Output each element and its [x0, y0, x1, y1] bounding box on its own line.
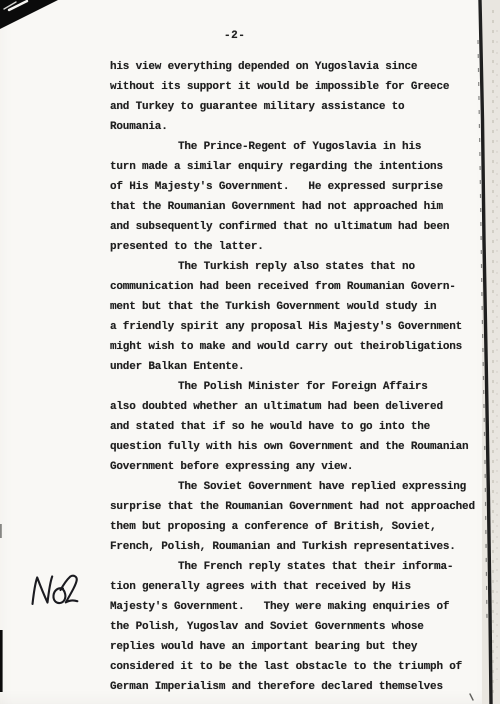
text-line: The Polish Minister for Foreign Affairs [110, 377, 490, 397]
text-line: surprise that the Roumanian Government h… [110, 497, 490, 517]
text-line: turn made a similar enquiry regarding th… [110, 157, 490, 177]
text-line: Government before expressing any view. [110, 457, 490, 477]
text-line: replies would have an important bearing … [110, 637, 490, 657]
text-line: and subsequently confirmed that no ultim… [110, 217, 490, 237]
text-line: and Turkey to guarantee military assista… [110, 97, 490, 117]
text-line: a friendly spirit any proposal His Majes… [110, 317, 490, 337]
text-line: Roumania. [110, 117, 490, 137]
text-line: presented to the latter. [110, 237, 490, 257]
text-line: that the Roumanian Government had not ap… [110, 197, 490, 217]
text-line: of His Majesty's Government. He expresse… [110, 177, 490, 197]
scanned-document-page: -2- his view everything depended on Yugo… [0, 0, 500, 704]
text-line: them but proposing a conference of Briti… [110, 517, 490, 537]
text-line: might wish to make and would carry out t… [110, 337, 490, 357]
text-line: The Soviet Government have replied expre… [110, 477, 490, 497]
text-line: communication had been received from Rou… [110, 277, 490, 297]
handwritten-annotation [29, 571, 81, 609]
text-line: his view everything depended on Yugoslav… [110, 57, 490, 77]
text-line: The Turkish reply also states that no [110, 257, 490, 277]
text-line: tion generally agrees with that received… [110, 577, 490, 597]
page-edge-shadow-left [0, 630, 3, 692]
text-line: also doubted whether an ultimatum had be… [110, 397, 490, 417]
text-line: The French reply states that their infor… [110, 557, 490, 577]
document-text: his view everything depended on Yugoslav… [110, 57, 490, 697]
left-edge-mark [0, 524, 2, 538]
handwritten-letter-n [33, 577, 53, 605]
corner-fold-crease [9, 1, 27, 10]
text-line: under Balkan Entente. [110, 357, 490, 377]
text-line: French, Polish, Roumanian and Turkish re… [110, 537, 490, 557]
page-number: -2- [224, 30, 245, 42]
text-line: Majesty's Government. They were making e… [110, 597, 490, 617]
text-line: ment but that the Turkish Government wou… [110, 297, 490, 317]
corner-fold [0, 0, 58, 29]
corner-fold-crease-2 [4, 2, 16, 9]
text-line: German Imperialism and therefore declare… [110, 677, 490, 697]
text-line: question fully with his own Government a… [110, 437, 490, 457]
text-line: the Polish, Yugoslav and Soviet Governme… [110, 617, 490, 637]
handwritten-digit-6 [53, 588, 65, 603]
text-line: without its support it would be impossib… [110, 77, 490, 97]
text-line: The Prince-Regent of Yugoslavia in his [110, 137, 490, 157]
text-line: considered it to be the last obstacle to… [110, 657, 490, 677]
text-line: and stated that if so he would have to g… [110, 417, 490, 437]
